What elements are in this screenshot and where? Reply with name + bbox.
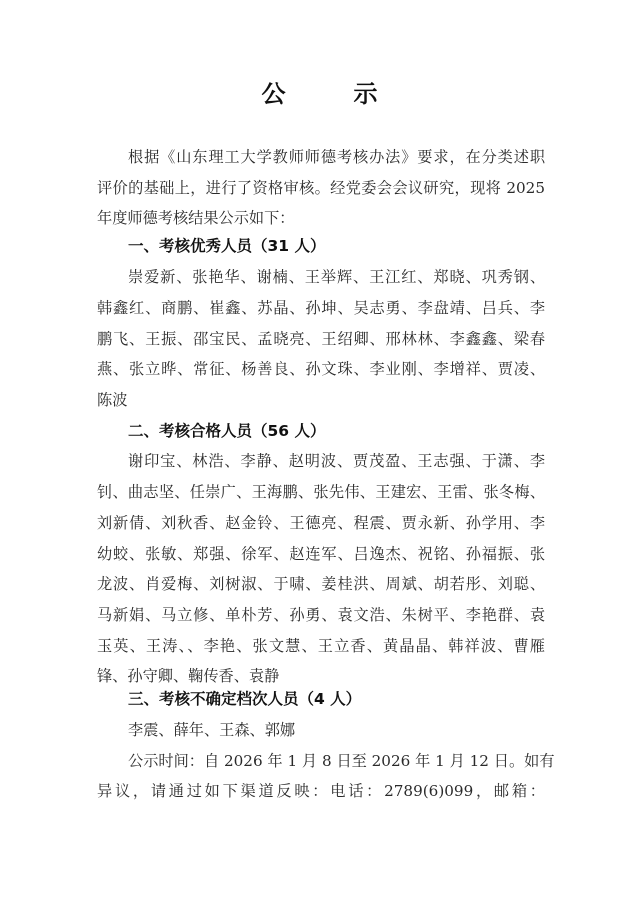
document-page: 公 示 根据《山东理工大学教师师德考核办法》要求，在分类述职 评价的基础上，进行… bbox=[0, 0, 639, 905]
intro-line: 年度师德考核结果公示如下： bbox=[97, 203, 545, 233]
name-list-line: 玉英、王涛、、李艳、张文慧、王立香、黄晶晶、韩祥波、曹雁 bbox=[97, 631, 545, 661]
name-list-line: 幼蛟、张敏、郑强、徐军、赵连军、吕逸杰、祝铭、孙福振、张 bbox=[97, 539, 545, 569]
name-list-line: 钊、曲志坚、任崇广、王海鹏、张先伟、王建宏、王雷、张冬梅、 bbox=[97, 477, 545, 507]
name-list-line: 龙波、肖爱梅、刘树淑、于啸、姜桂洪、周斌、胡若彤、刘聪、 bbox=[97, 569, 545, 599]
name-list-line: 谢印宝、林浩、李静、赵明波、贾茂盈、王志强、于潇、李 bbox=[128, 446, 545, 476]
page-title: 公 示 bbox=[0, 76, 639, 112]
section-heading-undetermined: 三、考核不确定档次人员（4 人） bbox=[128, 684, 361, 714]
name-list-line: 燕、张立晔、常征、杨善良、孙文珠、李业刚、李增祥、贾凌、 bbox=[97, 354, 545, 384]
name-list-line: 李震、薛年、王森、郭娜 bbox=[128, 715, 545, 745]
section-heading-excellent: 一、考核优秀人员（31 人） bbox=[128, 231, 325, 261]
notice-contact-line: 异议，请通过如下渠道反映：电话：2789(6)099，邮箱： bbox=[97, 776, 545, 806]
name-list-line: 陈波 bbox=[97, 385, 545, 415]
name-list-line: 马新娟、马立修、单朴芳、孙勇、袁文浩、朱树平、李艳群、袁 bbox=[97, 600, 545, 630]
name-list-line: 韩鑫红、商鹏、崔鑫、苏晶、孙坤、吴志勇、李盘靖、吕兵、李 bbox=[97, 293, 545, 323]
intro-line: 根据《山东理工大学教师师德考核办法》要求，在分类述职 bbox=[128, 142, 545, 172]
name-list-line: 鹏飞、王振、邵宝民、孟晓亮、王绍卿、邢林林、李鑫鑫、梁春 bbox=[97, 324, 545, 354]
notice-period-line: 公示时间：自 2026 年 1 月 8 日至 2026 年 1 月 12 日。如… bbox=[128, 746, 545, 776]
section-heading-qualified: 二、考核合格人员（56 人） bbox=[128, 416, 325, 446]
name-list-line: 刘新倩、刘秋香、赵金铃、王德亮、程震、贾永新、孙学用、李 bbox=[97, 508, 545, 538]
name-list-line: 崇爱新、张艳华、谢楠、王举辉、王江红、郑晓、巩秀钢、 bbox=[128, 262, 545, 292]
intro-line: 评价的基础上，进行了资格审核。经党委会会议研究，现将 2025 bbox=[97, 173, 545, 203]
